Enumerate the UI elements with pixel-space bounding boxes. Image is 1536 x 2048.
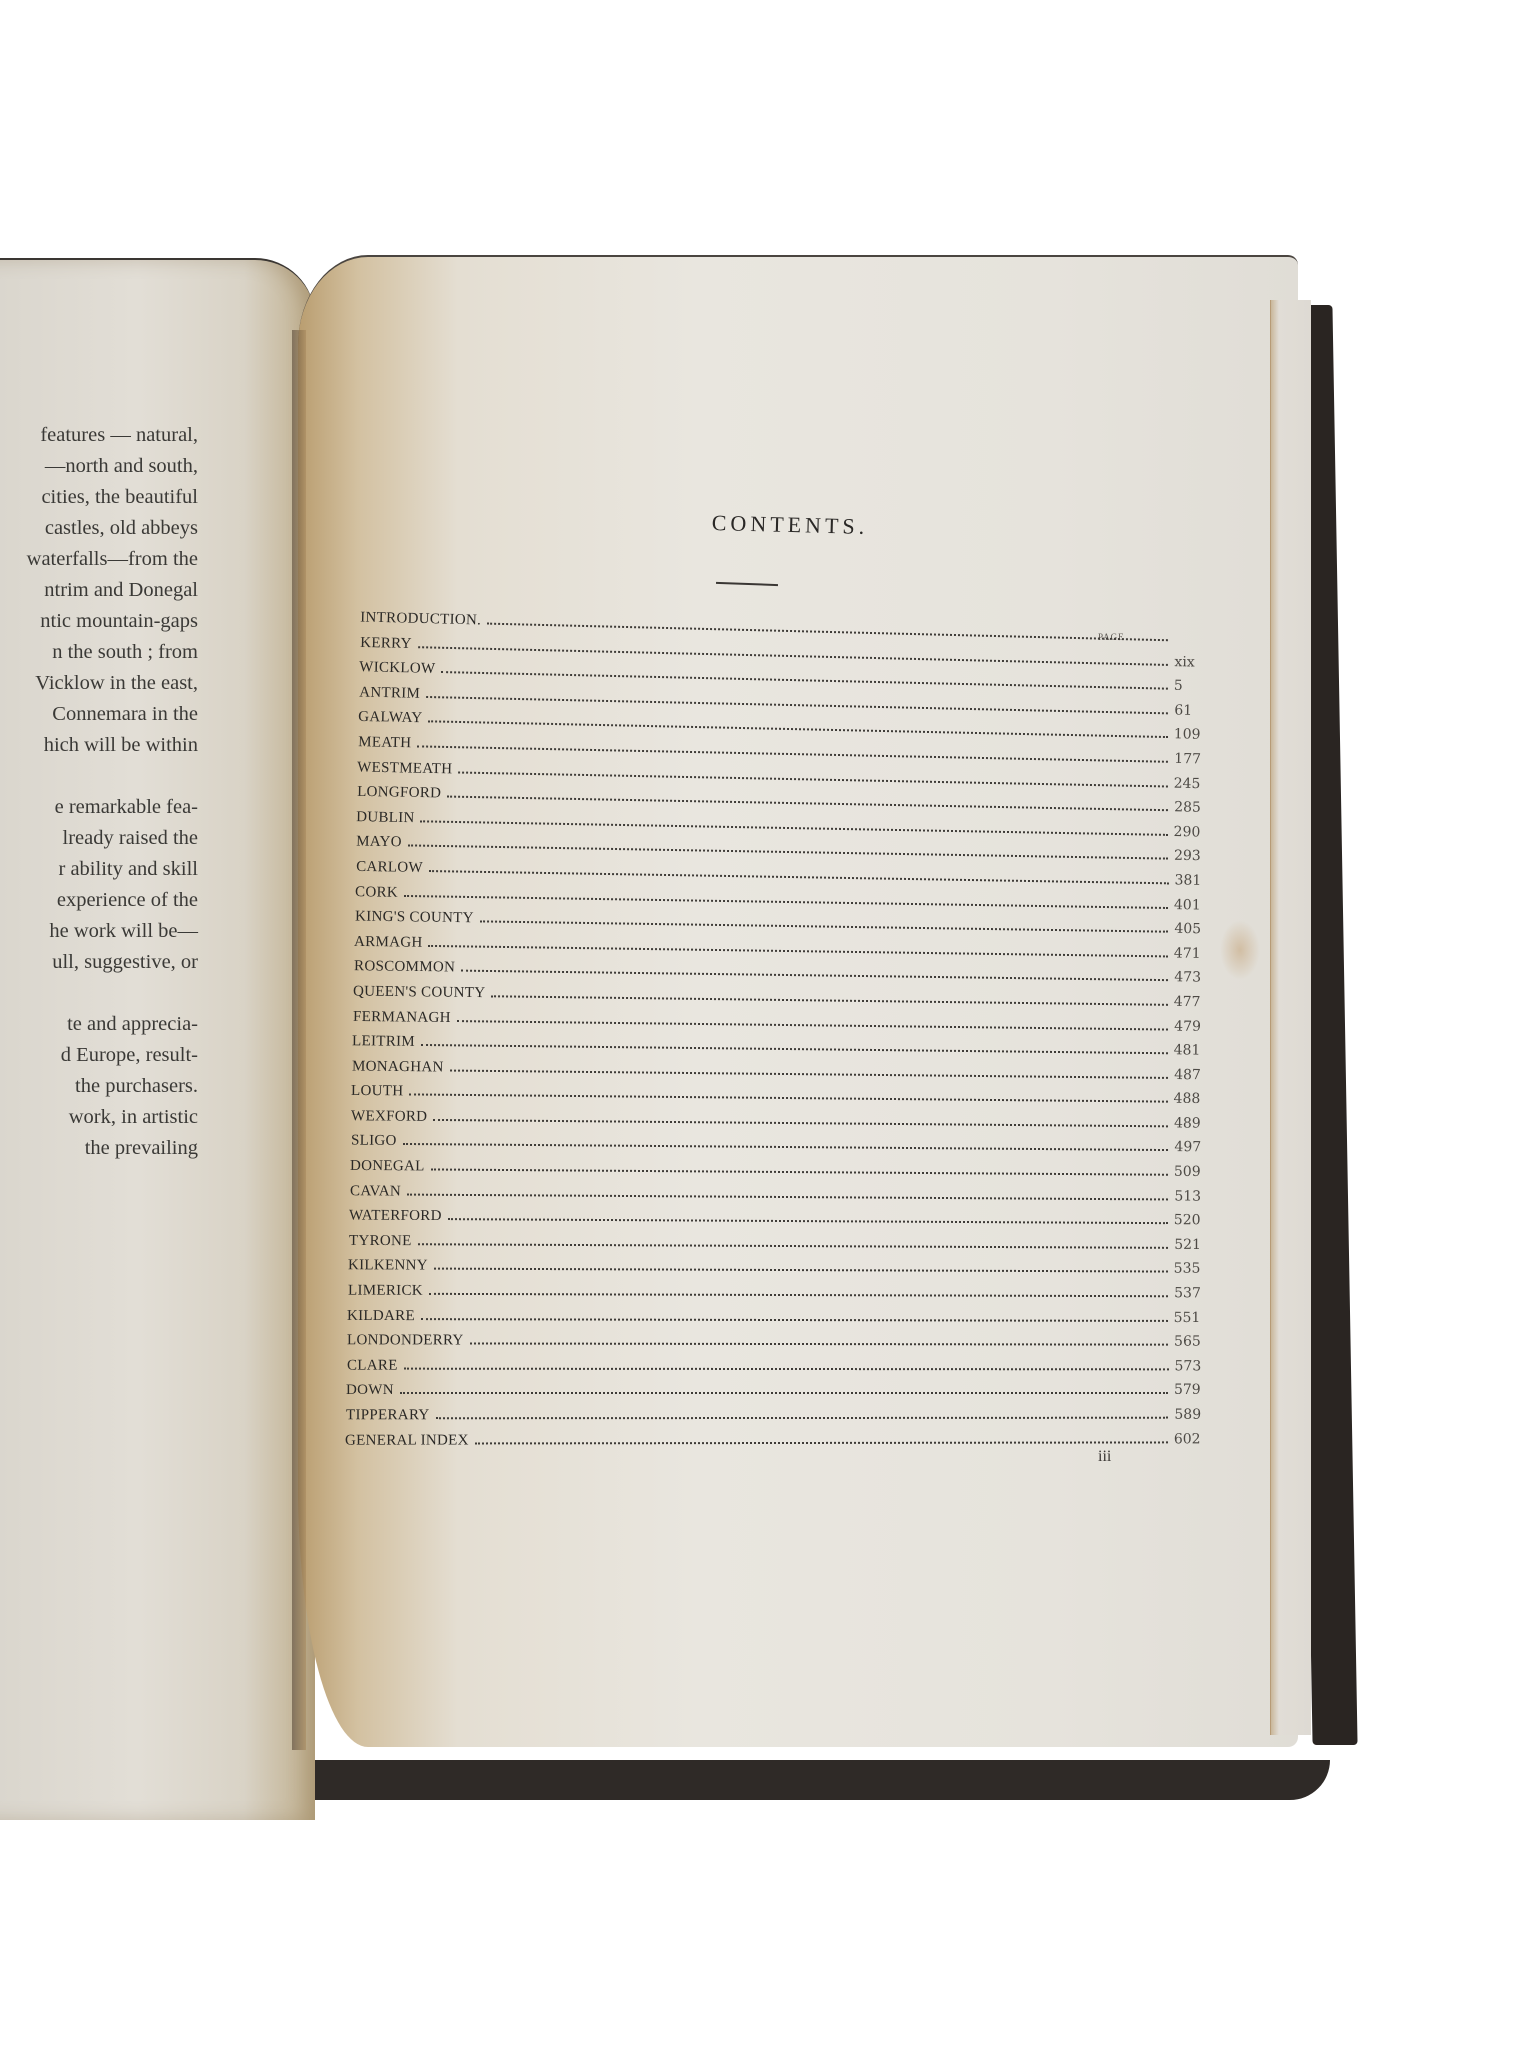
dot-leader bbox=[403, 1357, 1168, 1370]
left-page-line: hich will be within bbox=[0, 730, 198, 761]
dot-leader bbox=[400, 1382, 1168, 1394]
toc-entry-name: DONEGAL bbox=[350, 1158, 425, 1176]
dot-leader bbox=[429, 1283, 1168, 1297]
left-page-line: castles, old abbeys bbox=[0, 513, 198, 544]
left-page-line: n the south ; from bbox=[0, 637, 198, 668]
toc-entry-name: LONGFORD bbox=[357, 784, 441, 803]
left-page-line: he work will be— bbox=[0, 916, 198, 947]
toc-entry-page: 520 bbox=[1174, 1212, 1220, 1228]
toc-entry: KILDARE551 bbox=[347, 1308, 1220, 1335]
book-cover-bottom bbox=[270, 1760, 1330, 1800]
toc-entry-page: 61 bbox=[1174, 702, 1220, 719]
toc-entry-page: 521 bbox=[1174, 1237, 1220, 1253]
left-page-line bbox=[0, 761, 198, 792]
left-page-line: experience of the bbox=[0, 885, 198, 916]
toc-entry-page: 481 bbox=[1174, 1042, 1220, 1059]
toc-entry-page: 381 bbox=[1174, 872, 1220, 889]
toc-entry-name: KILKENNY bbox=[348, 1258, 428, 1275]
toc-entry-name: INTRODUCTION. bbox=[360, 609, 481, 629]
toc-entry-page: 285 bbox=[1174, 799, 1220, 816]
toc-entry-page: 535 bbox=[1174, 1261, 1220, 1277]
toc-entry-page: 513 bbox=[1174, 1188, 1220, 1204]
toc-entry-name: CARLOW bbox=[355, 859, 422, 877]
left-page-line: te and apprecia- bbox=[0, 1009, 198, 1040]
toc-entry-name: GALWAY bbox=[358, 709, 423, 727]
toc-entry-page: 405 bbox=[1174, 921, 1220, 938]
dot-leader bbox=[435, 1407, 1168, 1420]
left-page-line: cities, the beautiful bbox=[0, 482, 198, 513]
toc-entry-name: TIPPERARY bbox=[346, 1407, 430, 1424]
page-folio: iii bbox=[1098, 1448, 1111, 1466]
dot-leader bbox=[470, 1333, 1168, 1346]
left-page-line: features — natural, bbox=[0, 420, 198, 451]
toc-entry-page: 5 bbox=[1174, 678, 1220, 695]
toc-entry-name: TYRONE bbox=[349, 1233, 412, 1250]
toc-entry-page: 290 bbox=[1174, 824, 1220, 841]
spine-gutter bbox=[292, 330, 306, 1750]
toc-entry-page: 489 bbox=[1174, 1115, 1220, 1131]
toc-entry-name: KILDARE bbox=[347, 1308, 415, 1325]
left-page-line: d Europe, result- bbox=[0, 1040, 198, 1071]
toc-entry-name: WESTMEATH bbox=[357, 759, 453, 778]
left-page-line: —north and south, bbox=[0, 451, 198, 482]
left-page-line: work, in artistic bbox=[0, 1102, 198, 1133]
foxing-stain bbox=[1220, 920, 1260, 980]
left-page-line: e remarkable fea- bbox=[0, 792, 198, 823]
toc-entry: LIMERICK537 bbox=[348, 1283, 1220, 1310]
toc-entry-name: SLIGO bbox=[351, 1133, 397, 1150]
toc-entry-page: 602 bbox=[1174, 1431, 1220, 1447]
toc-entry-page: 497 bbox=[1174, 1140, 1220, 1156]
toc-entry-name: LIMERICK bbox=[348, 1283, 423, 1300]
table-of-contents: INTRODUCTION.KERRYxixWICKLOW5ANTRIM61GAL… bbox=[360, 620, 1220, 1456]
toc-entry-page: 471 bbox=[1174, 945, 1220, 962]
toc-entry-page: 589 bbox=[1174, 1407, 1220, 1423]
toc-entry-name: LONDONDERRY bbox=[347, 1332, 464, 1349]
toc-entry-name: CORK bbox=[355, 884, 398, 902]
toc-entry-name: LEITRIM bbox=[352, 1033, 415, 1051]
toc-entry-name: CAVAN bbox=[350, 1183, 401, 1200]
toc-entry-name: QUEEN'S COUNTY bbox=[353, 983, 486, 1002]
toc-entry-name: KING'S COUNTY bbox=[355, 909, 474, 928]
left-page-line: the purchasers. bbox=[0, 1071, 198, 1102]
toc-entry-name: LOUTH bbox=[351, 1083, 403, 1100]
toc-entry-page: xix bbox=[1174, 654, 1220, 671]
toc-entry-name: WEXFORD bbox=[351, 1108, 427, 1126]
toc-entry-name: MONAGHAN bbox=[352, 1058, 444, 1076]
toc-entry-page: 565 bbox=[1174, 1334, 1220, 1350]
left-page-line: lready raised the bbox=[0, 823, 198, 854]
toc-entry-page: 573 bbox=[1174, 1358, 1220, 1374]
toc-entry-name: WICKLOW bbox=[359, 659, 436, 678]
toc-entry-page: 177 bbox=[1174, 751, 1220, 768]
toc-entry-page bbox=[1174, 641, 1220, 642]
toc-entry: CLARE573 bbox=[346, 1357, 1220, 1382]
toc-entry-name: DUBLIN bbox=[356, 809, 415, 827]
toc-entry-page: 109 bbox=[1174, 727, 1220, 744]
toc-entry-page: 293 bbox=[1174, 848, 1220, 865]
left-page-text: features — natural,—north and south,citi… bbox=[0, 420, 198, 1164]
toc-entry: LONDONDERRY565 bbox=[347, 1332, 1220, 1358]
left-page-line: ull, suggestive, or bbox=[0, 947, 198, 978]
toc-entry-name: KERRY bbox=[360, 634, 412, 652]
toc-entry-name: MEATH bbox=[358, 734, 412, 752]
page-fore-edge bbox=[1270, 300, 1311, 1735]
toc-entry: DOWN579 bbox=[346, 1382, 1220, 1407]
toc-entry: KILKENNY535 bbox=[348, 1258, 1220, 1286]
toc-entry-name: FERMANAGH bbox=[353, 1008, 451, 1026]
left-page-line: Vicklow in the east, bbox=[0, 668, 198, 699]
toc-entry-name: WATERFORD bbox=[349, 1208, 442, 1226]
toc-entry-page: 473 bbox=[1174, 970, 1220, 987]
toc-entry-name: ROSCOMMON bbox=[354, 958, 455, 976]
toc-entry-page: 479 bbox=[1174, 1018, 1220, 1035]
dot-leader bbox=[448, 1208, 1168, 1224]
left-page-line: ntrim and Donegal bbox=[0, 575, 198, 606]
toc-entry-page: 579 bbox=[1174, 1382, 1220, 1398]
left-page-line: the prevailing bbox=[0, 1133, 198, 1164]
left-page-line bbox=[0, 978, 198, 1009]
toc-entry-page: 537 bbox=[1174, 1285, 1220, 1301]
toc-entry-name: DOWN bbox=[346, 1382, 394, 1399]
toc-entry-name: ANTRIM bbox=[359, 684, 420, 702]
toc-entry-name: CLARE bbox=[346, 1357, 397, 1374]
toc-entry-page: 509 bbox=[1174, 1164, 1220, 1180]
left-page-line: waterfalls—from the bbox=[0, 544, 198, 575]
left-page-line: Connemara in the bbox=[0, 699, 198, 730]
toc-entry-name: ARMAGH bbox=[354, 934, 423, 952]
dot-leader bbox=[421, 1308, 1168, 1322]
toc-entry-page: 551 bbox=[1174, 1310, 1220, 1326]
toc-entry-name: GENERAL INDEX bbox=[345, 1432, 469, 1449]
toc-entry-page: 245 bbox=[1174, 775, 1220, 792]
left-page-line: r ability and skill bbox=[0, 854, 198, 885]
dot-leader bbox=[434, 1258, 1168, 1273]
dot-leader bbox=[417, 1233, 1168, 1249]
toc-entry: GENERAL INDEX602 bbox=[345, 1431, 1220, 1457]
toc-entry-page: 477 bbox=[1174, 994, 1220, 1011]
dot-leader bbox=[475, 1431, 1168, 1444]
toc-entry-page: 487 bbox=[1174, 1067, 1220, 1083]
toc-entry-page: 401 bbox=[1174, 897, 1220, 914]
toc-entry-name: MAYO bbox=[356, 834, 402, 852]
toc-entry-page: 488 bbox=[1174, 1091, 1220, 1107]
toc-entry: TIPPERARY589 bbox=[346, 1407, 1220, 1432]
left-page-line: ntic mountain-gaps bbox=[0, 606, 198, 637]
